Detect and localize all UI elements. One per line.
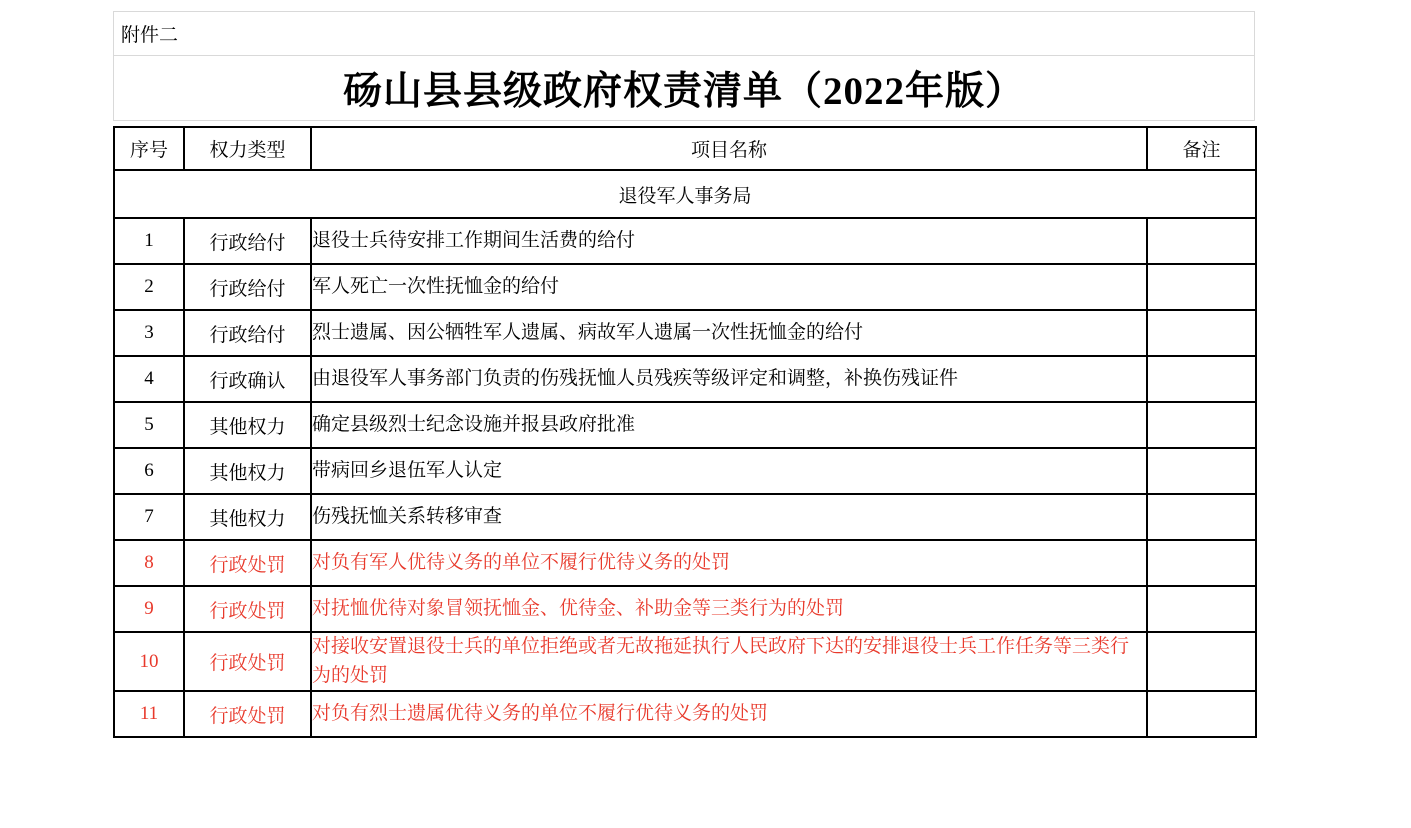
cell-name: 军人死亡一次性抚恤金的给付	[311, 264, 1147, 310]
table-row: 6 其他权力 带病回乡退伍军人认定	[114, 448, 1256, 494]
cell-no: 11	[114, 691, 184, 737]
table-row: 1 行政给付 退役士兵待安排工作期间生活费的给付	[114, 218, 1256, 264]
power-list-table: 序号 权力类型 项目名称 备注 退役军人事务局 1 行政给付 退役士兵待安排工作…	[113, 126, 1257, 738]
table-row: 10 行政处罚 对接收安置退役士兵的单位拒绝或者无故拖延执行人民政府下达的安排退…	[114, 632, 1256, 691]
cell-type: 行政给付	[184, 310, 311, 356]
cell-note	[1147, 448, 1256, 494]
cell-note	[1147, 494, 1256, 540]
cell-name: 退役士兵待安排工作期间生活费的给付	[311, 218, 1147, 264]
cell-name: 带病回乡退伍军人认定	[311, 448, 1147, 494]
cell-no: 3	[114, 310, 184, 356]
table-row: 8 行政处罚 对负有军人优待义务的单位不履行优待义务的处罚	[114, 540, 1256, 586]
cell-note	[1147, 691, 1256, 737]
table-row: 9 行政处罚 对抚恤优待对象冒领抚恤金、优待金、补助金等三类行为的处罚	[114, 586, 1256, 632]
cell-type: 行政给付	[184, 218, 311, 264]
cell-no: 10	[114, 632, 184, 691]
cell-note	[1147, 540, 1256, 586]
column-header-name: 项目名称	[311, 127, 1147, 170]
cell-note	[1147, 218, 1256, 264]
table-row: 7 其他权力 伤残抚恤关系转移审查	[114, 494, 1256, 540]
cell-note	[1147, 632, 1256, 691]
cell-type: 其他权力	[184, 448, 311, 494]
page: { "attachment_label": "附件二", "title": "砀…	[0, 0, 1411, 828]
cell-name: 对负有烈士遗属优待义务的单位不履行优待义务的处罚	[311, 691, 1147, 737]
cell-name: 确定县级烈士纪念设施并报县政府批准	[311, 402, 1147, 448]
cell-note	[1147, 310, 1256, 356]
cell-type: 行政处罚	[184, 586, 311, 632]
column-header-note: 备注	[1147, 127, 1256, 170]
cell-type: 其他权力	[184, 402, 311, 448]
cell-name: 伤残抚恤关系转移审查	[311, 494, 1147, 540]
table-row: 11 行政处罚 对负有烈士遗属优待义务的单位不履行优待义务的处罚	[114, 691, 1256, 737]
cell-note	[1147, 264, 1256, 310]
table-row: 2 行政给付 军人死亡一次性抚恤金的给付	[114, 264, 1256, 310]
section-title: 退役军人事务局	[114, 170, 1256, 218]
cell-type: 行政处罚	[184, 691, 311, 737]
cell-name: 烈士遗属、因公牺牲军人遗属、病故军人遗属一次性抚恤金的给付	[311, 310, 1147, 356]
table-row: 4 行政确认 由退役军人事务部门负责的伤残抚恤人员残疾等级评定和调整，补换伤残证…	[114, 356, 1256, 402]
cell-no: 2	[114, 264, 184, 310]
document: 附件二 砀山县县级政府权责清单（2022年版） 序号 权力类型 项目名称 备注 …	[113, 11, 1255, 738]
cell-type: 行政确认	[184, 356, 311, 402]
cell-no: 1	[114, 218, 184, 264]
cell-name: 由退役军人事务部门负责的伤残抚恤人员残疾等级评定和调整，补换伤残证件	[311, 356, 1147, 402]
cell-no: 9	[114, 586, 184, 632]
cell-name: 对接收安置退役士兵的单位拒绝或者无故拖延执行人民政府下达的安排退役士兵工作任务等…	[311, 632, 1147, 691]
cell-no: 6	[114, 448, 184, 494]
column-header-no: 序号	[114, 127, 184, 170]
table-header-row: 序号 权力类型 项目名称 备注	[114, 127, 1256, 170]
section-row: 退役军人事务局	[114, 170, 1256, 218]
table-row: 5 其他权力 确定县级烈士纪念设施并报县政府批准	[114, 402, 1256, 448]
cell-name: 对抚恤优待对象冒领抚恤金、优待金、补助金等三类行为的处罚	[311, 586, 1147, 632]
page-title: 砀山县县级政府权责清单（2022年版）	[114, 56, 1254, 120]
column-header-type: 权力类型	[184, 127, 311, 170]
cell-note	[1147, 402, 1256, 448]
cell-no: 8	[114, 540, 184, 586]
table-body: 退役军人事务局 1 行政给付 退役士兵待安排工作期间生活费的给付 2 行政给付 …	[114, 170, 1256, 737]
cell-type: 行政处罚	[184, 632, 311, 691]
cell-type: 其他权力	[184, 494, 311, 540]
cell-no: 5	[114, 402, 184, 448]
table-row: 3 行政给付 烈士遗属、因公牺牲军人遗属、病故军人遗属一次性抚恤金的给付	[114, 310, 1256, 356]
cell-no: 7	[114, 494, 184, 540]
cell-type: 行政处罚	[184, 540, 311, 586]
attachment-label: 附件二	[114, 12, 1254, 56]
cell-note	[1147, 356, 1256, 402]
cell-note	[1147, 586, 1256, 632]
cell-type: 行政给付	[184, 264, 311, 310]
cell-name: 对负有军人优待义务的单位不履行优待义务的处罚	[311, 540, 1147, 586]
cell-no: 4	[114, 356, 184, 402]
document-header: 附件二 砀山县县级政府权责清单（2022年版）	[113, 11, 1255, 121]
